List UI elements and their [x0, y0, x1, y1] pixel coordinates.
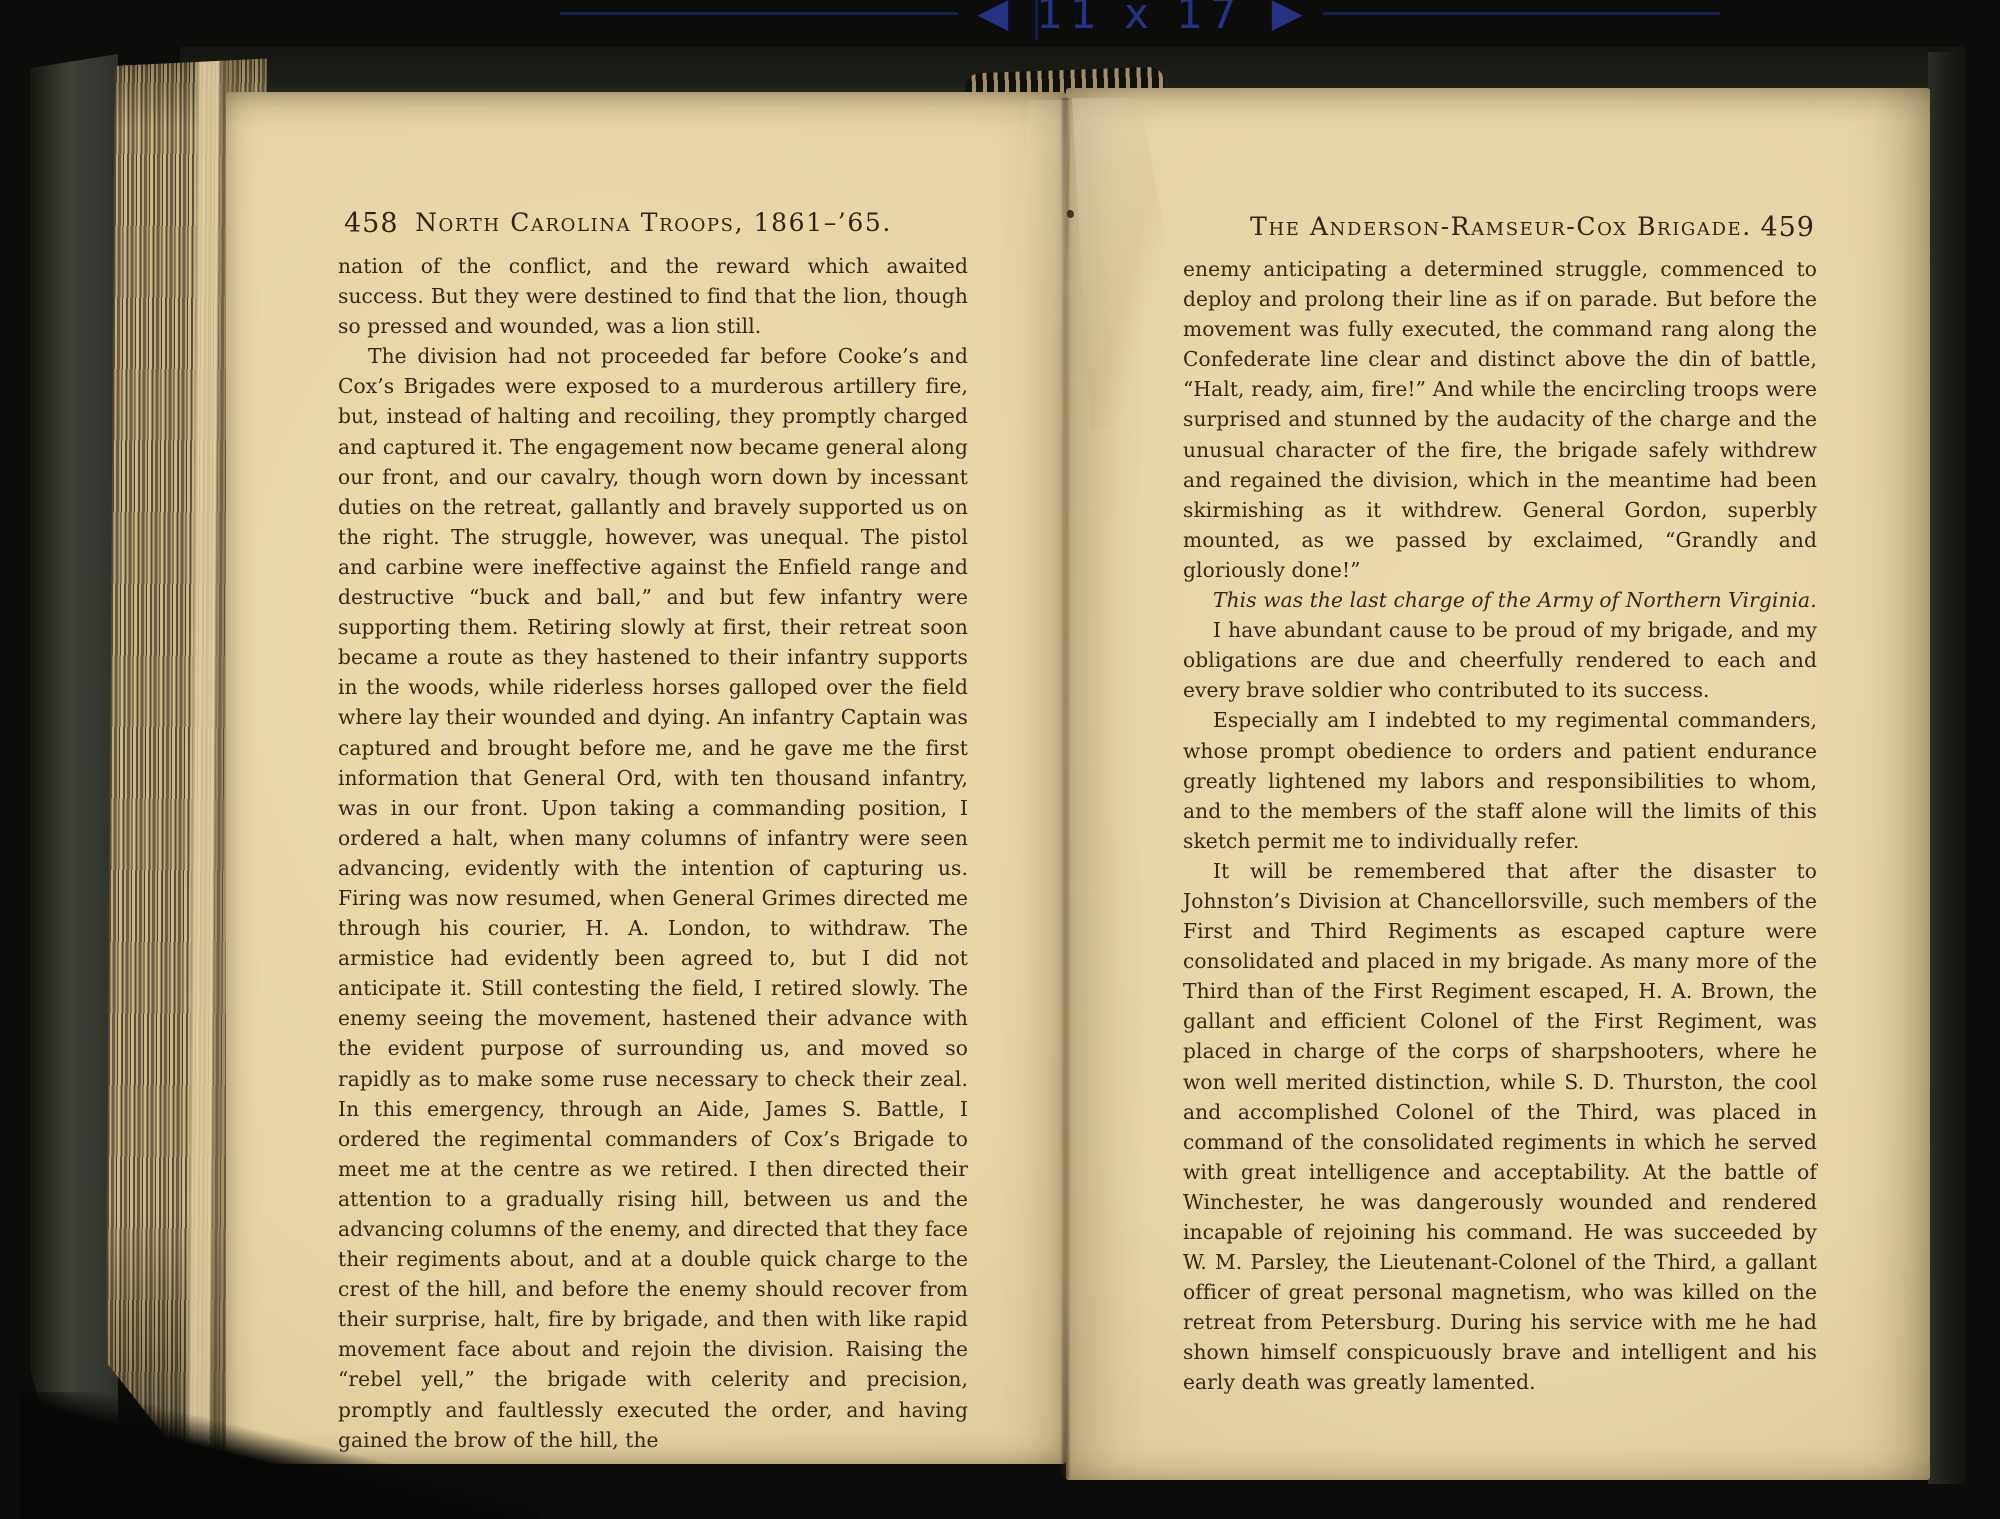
scan-guide-line-right — [1323, 12, 1721, 15]
left-page-number: 458 — [344, 208, 399, 239]
left-page-header: 458 North Carolina Troops, 1861–’65. — [340, 208, 967, 244]
right-page-header: The Anderson-Ramseur-Cox Brigade. 459 — [1185, 212, 1817, 248]
book-scan-photo: ◀ 11 x 17 ▶ 458 North Carolina Troops, 1… — [0, 0, 2000, 1519]
right-running-title: The Anderson-Ramseur-Cox Brigade. — [1185, 212, 1817, 241]
left-running-title: North Carolina Troops, 1861–’65. — [340, 208, 967, 237]
book-cover-right-edge — [1928, 52, 1965, 1484]
scan-center-tick — [1035, 0, 1038, 40]
scan-size-label: 11 x 17 — [1036, 0, 1243, 38]
paragraph: Especially am I indebted to my regimenta… — [1183, 705, 1817, 855]
bottom-corner-shadow — [20, 1392, 540, 1519]
paragraph: I have abundant cause to be proud of my … — [1183, 615, 1817, 705]
right-page-number: 459 — [1760, 212, 1815, 243]
paper-blemish — [1067, 210, 1074, 218]
paragraph-italic: This was the last charge of the Army of … — [1183, 585, 1817, 615]
left-page-text: nation of the conflict, and the reward w… — [338, 251, 968, 1455]
scan-size-annotation: ◀ 11 x 17 ▶ — [560, 0, 1720, 42]
scan-guide-line-left — [560, 12, 958, 15]
paragraph: nation of the conflict, and the reward w… — [338, 251, 968, 341]
left-arrow-icon: ◀ — [978, 0, 1009, 33]
book-cover-left-edge — [30, 54, 118, 1468]
paragraph: enemy anticipating a determined struggle… — [1183, 254, 1817, 585]
right-page-text: enemy anticipating a determined struggle… — [1183, 254, 1817, 1398]
paragraph: It will be remembered that after the dis… — [1183, 856, 1817, 1398]
paragraph: The division had not proceeded far befor… — [338, 341, 968, 1454]
right-arrow-icon: ▶ — [1272, 0, 1303, 33]
gutter-crease — [1062, 98, 1069, 1478]
